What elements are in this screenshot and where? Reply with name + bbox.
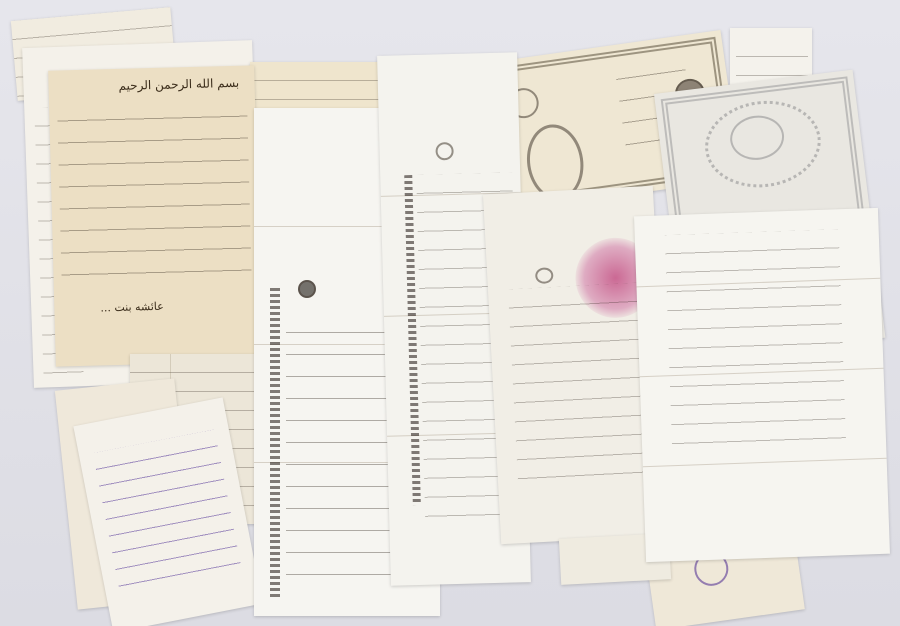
signature: عائشه بنت ... <box>100 300 164 315</box>
seal-icon <box>298 280 316 298</box>
basmala-header: بسم الله الرحمن الرحيم <box>118 76 239 93</box>
decree-text <box>508 282 654 483</box>
ledger-lines <box>250 62 380 112</box>
seal-icon <box>535 267 554 284</box>
margin-annotations <box>270 288 280 598</box>
register-entries <box>665 229 847 461</box>
seal-icon <box>435 142 453 160</box>
list-register <box>634 208 890 562</box>
prayer-sheet: بسم الله الرحمن الرحيم عائشه بنت ... <box>48 65 262 366</box>
purple-handwriting <box>93 430 243 601</box>
prayer-text <box>57 102 251 277</box>
printed-ledger-top <box>250 62 380 112</box>
